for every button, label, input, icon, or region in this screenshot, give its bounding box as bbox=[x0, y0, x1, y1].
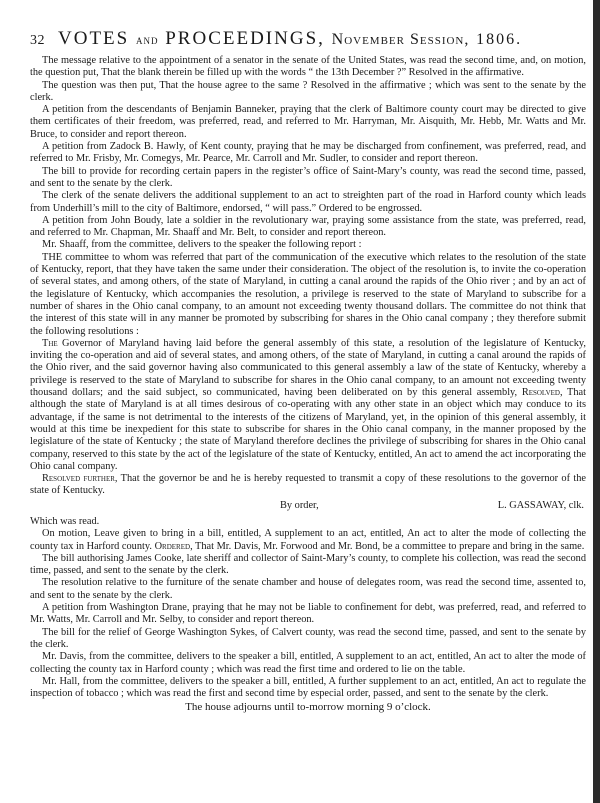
paragraph: The message relative to the appointment … bbox=[30, 55, 586, 80]
paragraph: Mr. Hall, from the committee, delivers t… bbox=[30, 676, 586, 701]
adjournment-line: The house adjourns until to-morrow morni… bbox=[30, 701, 586, 713]
paragraph: The bill to provide for recording certai… bbox=[30, 166, 586, 191]
title-year: 1806. bbox=[476, 31, 522, 48]
scan-edge-border bbox=[593, 0, 600, 803]
paragraph: The clerk of the senate delivers the add… bbox=[30, 190, 586, 215]
paragraph: A petition from Zadock B. Hawly, of Kent… bbox=[30, 141, 586, 166]
motion-text-2: , That Mr. Davis, Mr. Forwood and Mr. Bo… bbox=[190, 541, 584, 552]
title-session: November Session, bbox=[332, 31, 470, 48]
paragraph: A petition from John Boudy, late a soldi… bbox=[30, 215, 586, 240]
signature-line: By order, L. GASSAWAY, clk. bbox=[30, 500, 586, 512]
paragraph: Which was read. bbox=[30, 516, 586, 528]
resolution-text-2: , That although the state of Maryland is… bbox=[30, 387, 586, 472]
ordered-keyword: Ordered bbox=[155, 541, 190, 552]
running-title: VOTES and PROCEEDINGS, November Session,… bbox=[58, 28, 522, 50]
paragraph: The bill authorising James Cooke, late s… bbox=[30, 553, 586, 578]
page-header: 32 VOTES and PROCEEDINGS, November Sessi… bbox=[30, 28, 586, 52]
resolved-further-paragraph: Resolved further, That the governor be a… bbox=[30, 473, 586, 498]
paragraph: A petition from Washington Drane, prayin… bbox=[30, 602, 586, 627]
resolved-further-keyword: Resolved further bbox=[42, 473, 115, 484]
title-proceedings: PROCEEDINGS, bbox=[165, 28, 325, 49]
title-and: and bbox=[136, 32, 159, 47]
document-page: 32 VOTES and PROCEEDINGS, November Sessi… bbox=[30, 28, 586, 714]
resolution-lead: The bbox=[42, 338, 58, 349]
paragraph: Mr. Shaaff, from the committee, delivers… bbox=[30, 239, 586, 251]
resolved-keyword: Resolved bbox=[522, 387, 560, 398]
motion-paragraph: On motion, Leave given to bring in a bil… bbox=[30, 528, 586, 553]
resolution-text: Governor of Maryland having laid before … bbox=[30, 338, 586, 398]
resolution-paragraph: The Governor of Maryland having laid bef… bbox=[30, 338, 586, 473]
by-order: By order, bbox=[280, 500, 460, 512]
paragraph: The question was then put, That the hous… bbox=[30, 80, 586, 105]
paragraph: The bill for the relief of George Washin… bbox=[30, 627, 586, 652]
committee-report: THE committee to whom was referred that … bbox=[30, 252, 586, 338]
paragraph: Mr. Davis, from the committee, delivers … bbox=[30, 651, 586, 676]
document-body: The message relative to the appointment … bbox=[30, 55, 586, 714]
page-number: 32 bbox=[30, 33, 58, 49]
title-votes: VOTES bbox=[58, 28, 129, 49]
paragraph: A petition from the descendants of Benja… bbox=[30, 104, 586, 141]
paragraph: The resolution relative to the furniture… bbox=[30, 577, 586, 602]
clerk-signature: L. GASSAWAY, clk. bbox=[498, 500, 586, 512]
